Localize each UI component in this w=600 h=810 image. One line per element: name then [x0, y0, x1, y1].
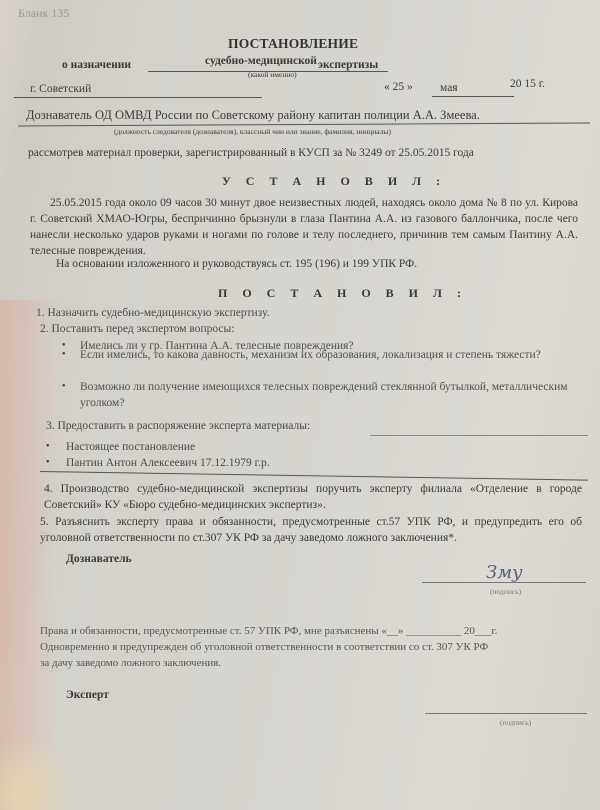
form-number: Бланк 135 [18, 6, 69, 21]
expert-label: Эксперт [66, 689, 109, 701]
month-underline [432, 96, 514, 97]
title-suffix: экспертизы [318, 59, 378, 71]
resolved-item-1: 1. Назначить судебно-медицинскую эксперт… [36, 307, 269, 319]
resolved-item-4: 4. Производство судебно-медицинской эксп… [44, 481, 582, 513]
expert-signature-hint: (подпись) [500, 718, 531, 727]
resolved-item-2: 2. Поставить перед экспертом вопросы: [40, 323, 234, 335]
materials-underline [370, 435, 588, 436]
date-year: 20 15 г. [510, 78, 545, 90]
expert-signature-line [425, 713, 587, 714]
title-prefix: о назначении [62, 59, 131, 71]
expertise-type: судебно-медицинской [205, 55, 317, 67]
resolved-heading: П О С Т А Н О В И Л : [218, 286, 467, 301]
bullet-icon: • [62, 381, 66, 392]
resolved-item-5: 5. Разъяснить эксперту права и обязаннос… [40, 514, 582, 546]
date-month: мая [440, 82, 458, 94]
question-2: Если имелись, то какова давность, механи… [80, 347, 580, 363]
established-heading: У С Т А Н О В И Л : [222, 174, 446, 189]
bullet-icon: • [46, 457, 50, 468]
date-day: « 25 » [384, 81, 413, 93]
light-glare [0, 300, 60, 810]
bullet-icon: • [62, 349, 66, 360]
officer-underline [18, 123, 590, 127]
light-glare-bottom [0, 730, 80, 810]
investigator-signature-hint: (подпись) [490, 587, 521, 596]
document-page: Бланк 135 ПОСТАНОВЛЕНИЕ о назначении суд… [0, 0, 600, 810]
city-underline [14, 97, 262, 98]
material-1: Настоящее постановление [66, 441, 195, 453]
materials-list-underline [40, 471, 588, 481]
investigator-signature-line [422, 582, 586, 583]
review-line: рассмотрев материал проверки, зарегистри… [28, 147, 474, 159]
officer-hint: (должность следователя (дознавателя), кл… [114, 127, 391, 136]
expertise-type-hint: (какой именно) [248, 70, 297, 79]
established-paragraph: 25.05.2015 года около 09 часов 30 минут … [30, 195, 578, 259]
question-3: Возможно ли получение имеющихся телесных… [80, 379, 580, 411]
document-title: ПОСТАНОВЛЕНИЕ [228, 36, 358, 52]
city: г. Советский [30, 83, 91, 95]
ack-line-1: Права и обязанности, предусмотренные ст.… [40, 625, 497, 637]
ack-line-2: Одновременно я предупрежден об уголовной… [40, 641, 488, 653]
ack-line-3: за дачу заведомо ложного заключения. [40, 657, 221, 669]
investigator-label: Дознаватель [66, 553, 132, 565]
resolved-item-3: 3. Предоставить в распоряжение эксперта … [46, 420, 310, 432]
investigator-signature: Змy [486, 562, 522, 583]
bullet-icon: • [46, 441, 50, 452]
legal-basis: На основании изложенного и руководствуяс… [56, 258, 417, 270]
material-2: Пантин Антон Алексеевич 17.12.1979 г.р. [66, 457, 270, 469]
officer-name: Дознаватель ОД ОМВД России по Советскому… [26, 108, 480, 123]
